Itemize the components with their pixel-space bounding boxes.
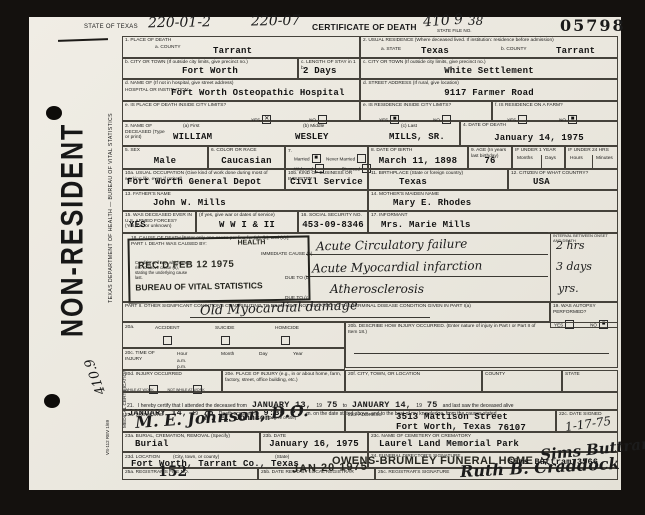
field-sex: 5. SEX Male: [122, 146, 208, 169]
punch-hole: [44, 394, 60, 408]
field-describe-how-injury-occurred: 20b. DESCRIBE HOW INJURY OCCURRED. (Ente…: [345, 322, 618, 368]
field-armed-forces: 15. WAS DECEASED EVER IN U.S. ARMED FORC…: [122, 211, 196, 233]
field-length-of-stay: c. LENGTH OF STAY in 1 b. 2 Days: [298, 58, 360, 79]
field-date-signed: 22c. DATE SIGNED 1-17-75: [556, 410, 618, 432]
field-kind-of-business: 10b. KIND OF BUSINESS OR INDUSTRY Civil …: [285, 169, 368, 190]
scan-edge-bottom: [0, 490, 645, 515]
scanned-death-certificate: NON-RESIDENT TEXAS DEPARTMENT OF HEALTH …: [0, 0, 645, 515]
field-residence-inside-city-limits: e. IS RESIDENCE INSIDE CITY LIMITS? YES■…: [360, 101, 492, 121]
certificate-title: CERTIFICATE OF DEATH: [312, 22, 417, 32]
field-injury-county: COUNTY: [482, 370, 562, 392]
field-physician-address: 22b. ADDRESS 3513 Mattison Street Fort W…: [345, 410, 556, 432]
field-residence-on-farm: f. IS RESIDENCE ON A FARM? YES NO■: [492, 101, 618, 121]
field-injury-occurred: 20d. INJURY OCCURRED WHILE AT WORK NOT W…: [122, 370, 222, 392]
field-place-of-death-county: 1. PLACE OF DEATH a. COUNTY Tarrant: [122, 36, 360, 58]
field-city-of-death: b. CITY OR TOWN (If outside city limits,…: [122, 58, 298, 79]
field-if-under-1-year: IF UNDER 1 YEAR Months Days: [512, 146, 565, 169]
cause-line-a: [306, 232, 548, 233]
field-certification-statement: 21.I hereby certify that I attended the …: [122, 392, 618, 410]
handwritten-interval-a: 2 hrs: [556, 239, 584, 252]
field-date-of-death: 4. DATE OF DEATH January 14, 1975: [460, 121, 618, 146]
field-date-of-birth: 8. DATE OF BIRTH March 11, 1898: [368, 146, 468, 169]
field-time-of-injury: 20c. TIME OF INJURY Hour a.m. p.m. Month…: [122, 348, 345, 370]
checkbox-homicide: [281, 336, 290, 345]
checkbox-suicide: [221, 336, 230, 345]
blank-line: [354, 353, 609, 354]
field-usual-occupation: 10a. USUAL OCCUPATION (Give kind of work…: [122, 169, 285, 190]
handwritten-cause-b: Acute Myocardial infarction: [312, 259, 483, 276]
field-accident-suicide-homicide: 20a. ACCIDENT SUICIDE HOMICIDE: [122, 322, 345, 348]
form-number-label: VS-112 REV 1/69: [105, 385, 112, 455]
field-death-inside-city-limits: e. IS PLACE OF DEATH INSIDE CITY LIMITS?…: [122, 101, 360, 121]
field-usual-residence: 2. USUAL RESIDENCE (Where deceased lived…: [360, 36, 618, 58]
state-file-no-label: STATE FILE NO.: [437, 28, 472, 33]
field-war-or-dates-of-service: (If yes, give war or dates of service) W…: [196, 211, 298, 233]
field-fathers-name: 13. FATHER'S NAME John W. Mills: [122, 190, 368, 211]
field-marital-status: 7. Married■ Never Married Widowed Divorc…: [285, 146, 368, 169]
field-place-of-injury: 20e. PLACE OF INJURY (e.g., in or about …: [222, 370, 345, 392]
field-street-address: d. STREET ADDRESS (If rural, give locati…: [360, 79, 618, 101]
field-injury-city: 20f. CITY, TOWN, OR LOCATION: [345, 370, 482, 392]
field-burial-date: 23b. DATE January 16, 1975: [260, 432, 368, 452]
field-injury-state: STATE: [562, 370, 618, 392]
field-mothers-maiden-name: 14. MOTHER'S MAIDEN NAME Mary E. Rhodes: [368, 190, 618, 211]
handwritten-file-no: 152: [158, 464, 187, 480]
handwritten-interval-c: yrs.: [558, 282, 579, 295]
state-of-texas-label: STATE OF TEXAS: [84, 24, 138, 30]
field-if-under-24-hrs: IF UNDER 24 HRS Hours Minutes: [565, 146, 618, 169]
handwritten-file-number-2: 38: [468, 14, 483, 28]
handwritten-cause-c: Atherosclerosis: [330, 282, 424, 296]
cause-line-b: [306, 254, 548, 255]
field-residence-city: c. CITY OR TOWN (If outside city limits,…: [360, 58, 618, 79]
field-informant: 17. INFORMANT Mrs. Marie Mills: [368, 211, 618, 233]
field-color-or-race: 6. COLOR OR RACE Caucasian: [208, 146, 285, 169]
field-social-security-no: 16. SOCIAL SECURITY NO. 453-09-8346: [298, 211, 368, 233]
scan-edge-left: [0, 0, 29, 515]
part-2-line: [190, 317, 430, 318]
field-hospital: d. NAME OF (If not in hospital, give str…: [122, 79, 360, 101]
department-vertical-label: TEXAS DEPARTMENT OF HEALTH — BUREAU OF V…: [108, 58, 117, 303]
field-registrar-file-no: 25a. REGISTRAR'S FILE NO.: [122, 468, 258, 480]
field-birthplace: 11. BIRTHPLACE (State or foreign country…: [368, 169, 508, 190]
scan-edge-top: [0, 0, 645, 17]
cause-line-c: [306, 276, 548, 277]
field-burial-cremation-removal: 23a. BURIAL, CREMATION, REMOVAL (Specify…: [122, 432, 260, 452]
non-resident-stamp: NON-RESIDENT: [55, 115, 108, 337]
field-physician-signature: 22a. SIGNATURE M. E. Johnson (Degree or …: [122, 410, 345, 432]
field-age: 9. AGE (In years last birthday) 76: [468, 146, 512, 169]
field-name-of-deceased: 3. NAME OF DECEASED (Type or print) (a) …: [122, 121, 460, 146]
handwritten-codes: 220-01-2 220-07: [148, 13, 300, 32]
field-citizen-of: 12. CITIZEN OF WHAT COUNTRY? USA: [508, 169, 618, 190]
received-stamp: HEALTH REC'D FEB 12 1975 BUREAU OF VITAL…: [127, 235, 310, 303]
checkbox-accident: [163, 336, 172, 345]
handwritten-interval-b: 3 days: [556, 260, 592, 273]
handwritten-cause-a: Acute Circulatory failure: [316, 237, 467, 254]
certificate-number: 05798: [560, 16, 626, 35]
